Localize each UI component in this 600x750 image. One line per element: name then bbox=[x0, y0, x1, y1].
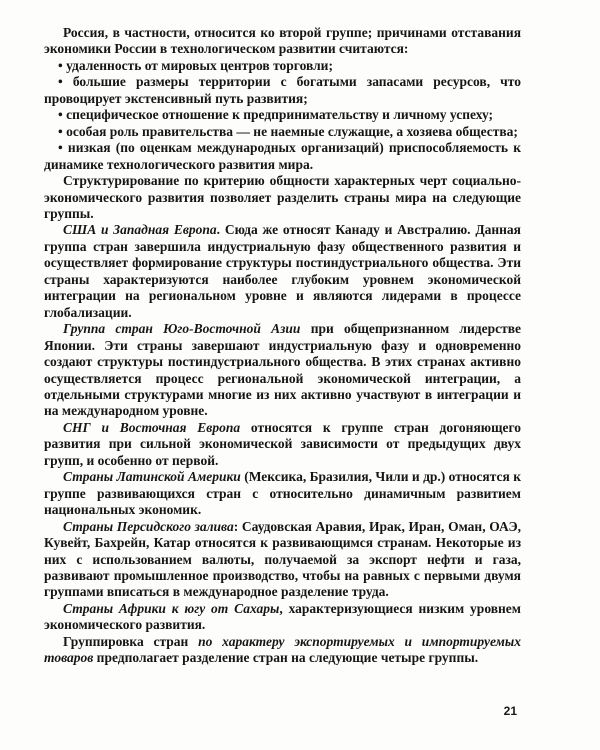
bullet-item: • удаленность от мировых центров торговл… bbox=[44, 58, 521, 74]
text-run: • особая роль правительства — не наемные… bbox=[58, 124, 518, 139]
paragraph: Группировка стран по характеру экспортир… bbox=[44, 634, 521, 667]
italic-run: Страны Латинской Америки bbox=[63, 469, 241, 484]
bullet-item: • специфическое отношение к предпринимат… bbox=[44, 107, 521, 123]
text-run: • большие размеры территории с богатыми … bbox=[44, 74, 521, 105]
bullet-item: • большие размеры территории с богатыми … bbox=[44, 74, 521, 107]
italic-run: США и Западная Европа bbox=[63, 222, 217, 237]
italic-run: Страны Персидского залива bbox=[63, 519, 234, 534]
paragraph: Страны Персидского залива: Саудовская Ар… bbox=[44, 519, 521, 601]
text-run: • низкая (по оценкам международных орган… bbox=[44, 140, 521, 171]
text-run: Россия, в частности, относится ко второй… bbox=[44, 25, 521, 56]
paragraph: Структурирование по критерию общности ха… bbox=[44, 173, 521, 222]
paragraph: Группа стран Юго-Восточной Азии при обще… bbox=[44, 321, 521, 420]
paragraph: Страны Африки к югу от Сахары, характери… bbox=[44, 601, 521, 634]
paragraph: Россия, в частности, относится ко второй… bbox=[44, 25, 521, 58]
bullet-item: • особая роль правительства — не наемные… bbox=[44, 124, 521, 140]
paragraph: США и Западная Европа. Сюда же относят К… bbox=[44, 222, 521, 321]
italic-run: Группа стран Юго-Восточной Азии bbox=[63, 321, 300, 336]
page-text: Россия, в частности, относится ко второй… bbox=[44, 25, 521, 667]
italic-run: СНГ и Восточная Европа bbox=[63, 420, 240, 435]
text-run: • удаленность от мировых центров торговл… bbox=[58, 58, 333, 73]
italic-run: Страны Африки к югу от Сахары bbox=[63, 601, 279, 616]
bullet-item: • низкая (по оценкам международных орган… bbox=[44, 140, 521, 173]
text-run: • специфическое отношение к предпринимат… bbox=[58, 107, 493, 122]
text-run: Структурирование по критерию общности ха… bbox=[44, 173, 521, 221]
text-run: Группировка стран bbox=[63, 634, 198, 649]
paragraph: СНГ и Восточная Европа относятся к групп… bbox=[44, 420, 521, 469]
page-number: 21 bbox=[44, 704, 517, 718]
paragraph: Страны Латинской Америки (Мексика, Брази… bbox=[44, 469, 521, 518]
text-run: предполагает разделение стран на следующ… bbox=[93, 650, 478, 665]
book-page: Россия, в частности, относится ко второй… bbox=[0, 0, 600, 750]
